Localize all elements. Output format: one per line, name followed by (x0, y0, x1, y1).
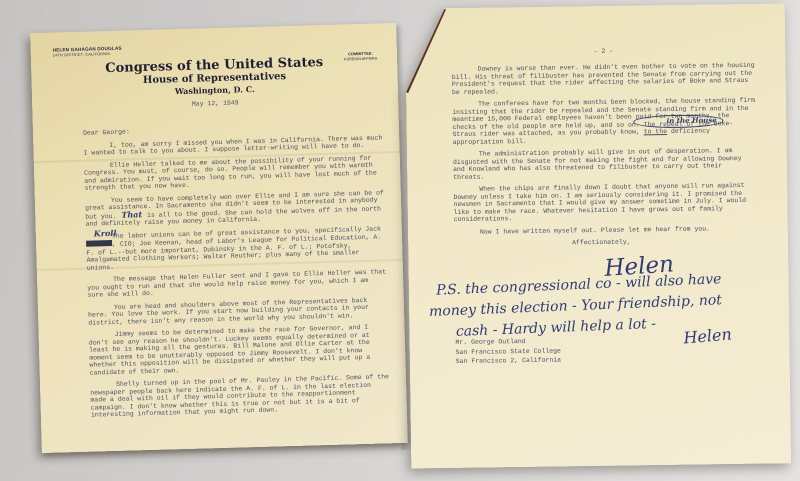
typed-paragraph: You seem to have completely won over Ell… (85, 189, 386, 228)
typed-paragraph: Downey is worse than ever. He didn't eve… (452, 62, 756, 96)
letter-page-2: - 2 - Downey is worse than ever. He didn… (405, 3, 791, 468)
typed-paragraph: The message that Helen Fuller sent and I… (87, 268, 388, 299)
underlined-words: to the (644, 128, 668, 135)
inked-out-name: Kroll (86, 240, 112, 247)
typed-paragraph: The conferees have for two months been b… (452, 97, 757, 146)
letter-body-page2: Downey is worse than ever. He didn't eve… (452, 62, 759, 280)
handwritten-that-insert: That (120, 209, 143, 220)
address-line: Mr. George Outland (455, 338, 560, 347)
paragraph-text: , CIO; Joe Keenan, head of Labor's Leagu… (86, 233, 381, 271)
underlined-insertion-point: to thein the House (644, 128, 668, 135)
letter-page-2-wrapper: - 2 - Downey is worse than ever. He didn… (408, 6, 788, 466)
ps-signature-helen: Helen (683, 324, 733, 347)
letterhead-center-block: Congress of the United States House of R… (31, 54, 398, 112)
typed-paragraph: Now I have written myself out. Please le… (454, 224, 758, 236)
closing: Affectionately, (572, 237, 758, 247)
letterhead-member-block: HELEN GAHAGAN DOUGLAS 14TH DISTRICT, CAL… (53, 46, 122, 58)
typed-paragraph: I, too, am sorry I missed you when I was… (83, 134, 383, 157)
photo-background: HELEN GAHAGAN DOUGLAS 14TH DISTRICT, CAL… (0, 0, 800, 481)
page-number: - 2 - (451, 46, 755, 58)
typed-paragraph: Jimmy seems to be determined to make the… (89, 323, 390, 376)
typed-paragraph: You are head and shoulders above most of… (88, 296, 389, 327)
typed-paragraph: The labor unions can be of great assista… (86, 225, 387, 272)
address-line: San Francisco State College (456, 347, 561, 356)
address-line: San Francisco 2, California (456, 357, 561, 366)
letter-page-1: HELEN GAHAGAN DOUGLAS 14TH DISTRICT, CAL… (30, 23, 408, 453)
typed-paragraph: When the chips are finally down I doubt … (453, 182, 757, 224)
typed-paragraph: The administration probably will give in… (453, 147, 757, 181)
typed-paragraph: Ellie Heller talked to me about the poss… (84, 154, 385, 192)
letter-body-page1: Dear George: I, too, am sorry I missed y… (83, 121, 391, 424)
handwritten-kroll-insert: Kroll (68, 230, 117, 239)
member-district: 14TH DISTRICT, CALIFORNIA (53, 52, 122, 58)
typed-paragraph: Shelly turned up in the pool of Mr. Paul… (90, 373, 391, 419)
folded-corner-edge (405, 8, 452, 99)
recipient-address-block: Mr. George Outland San Francisco State C… (455, 338, 561, 368)
